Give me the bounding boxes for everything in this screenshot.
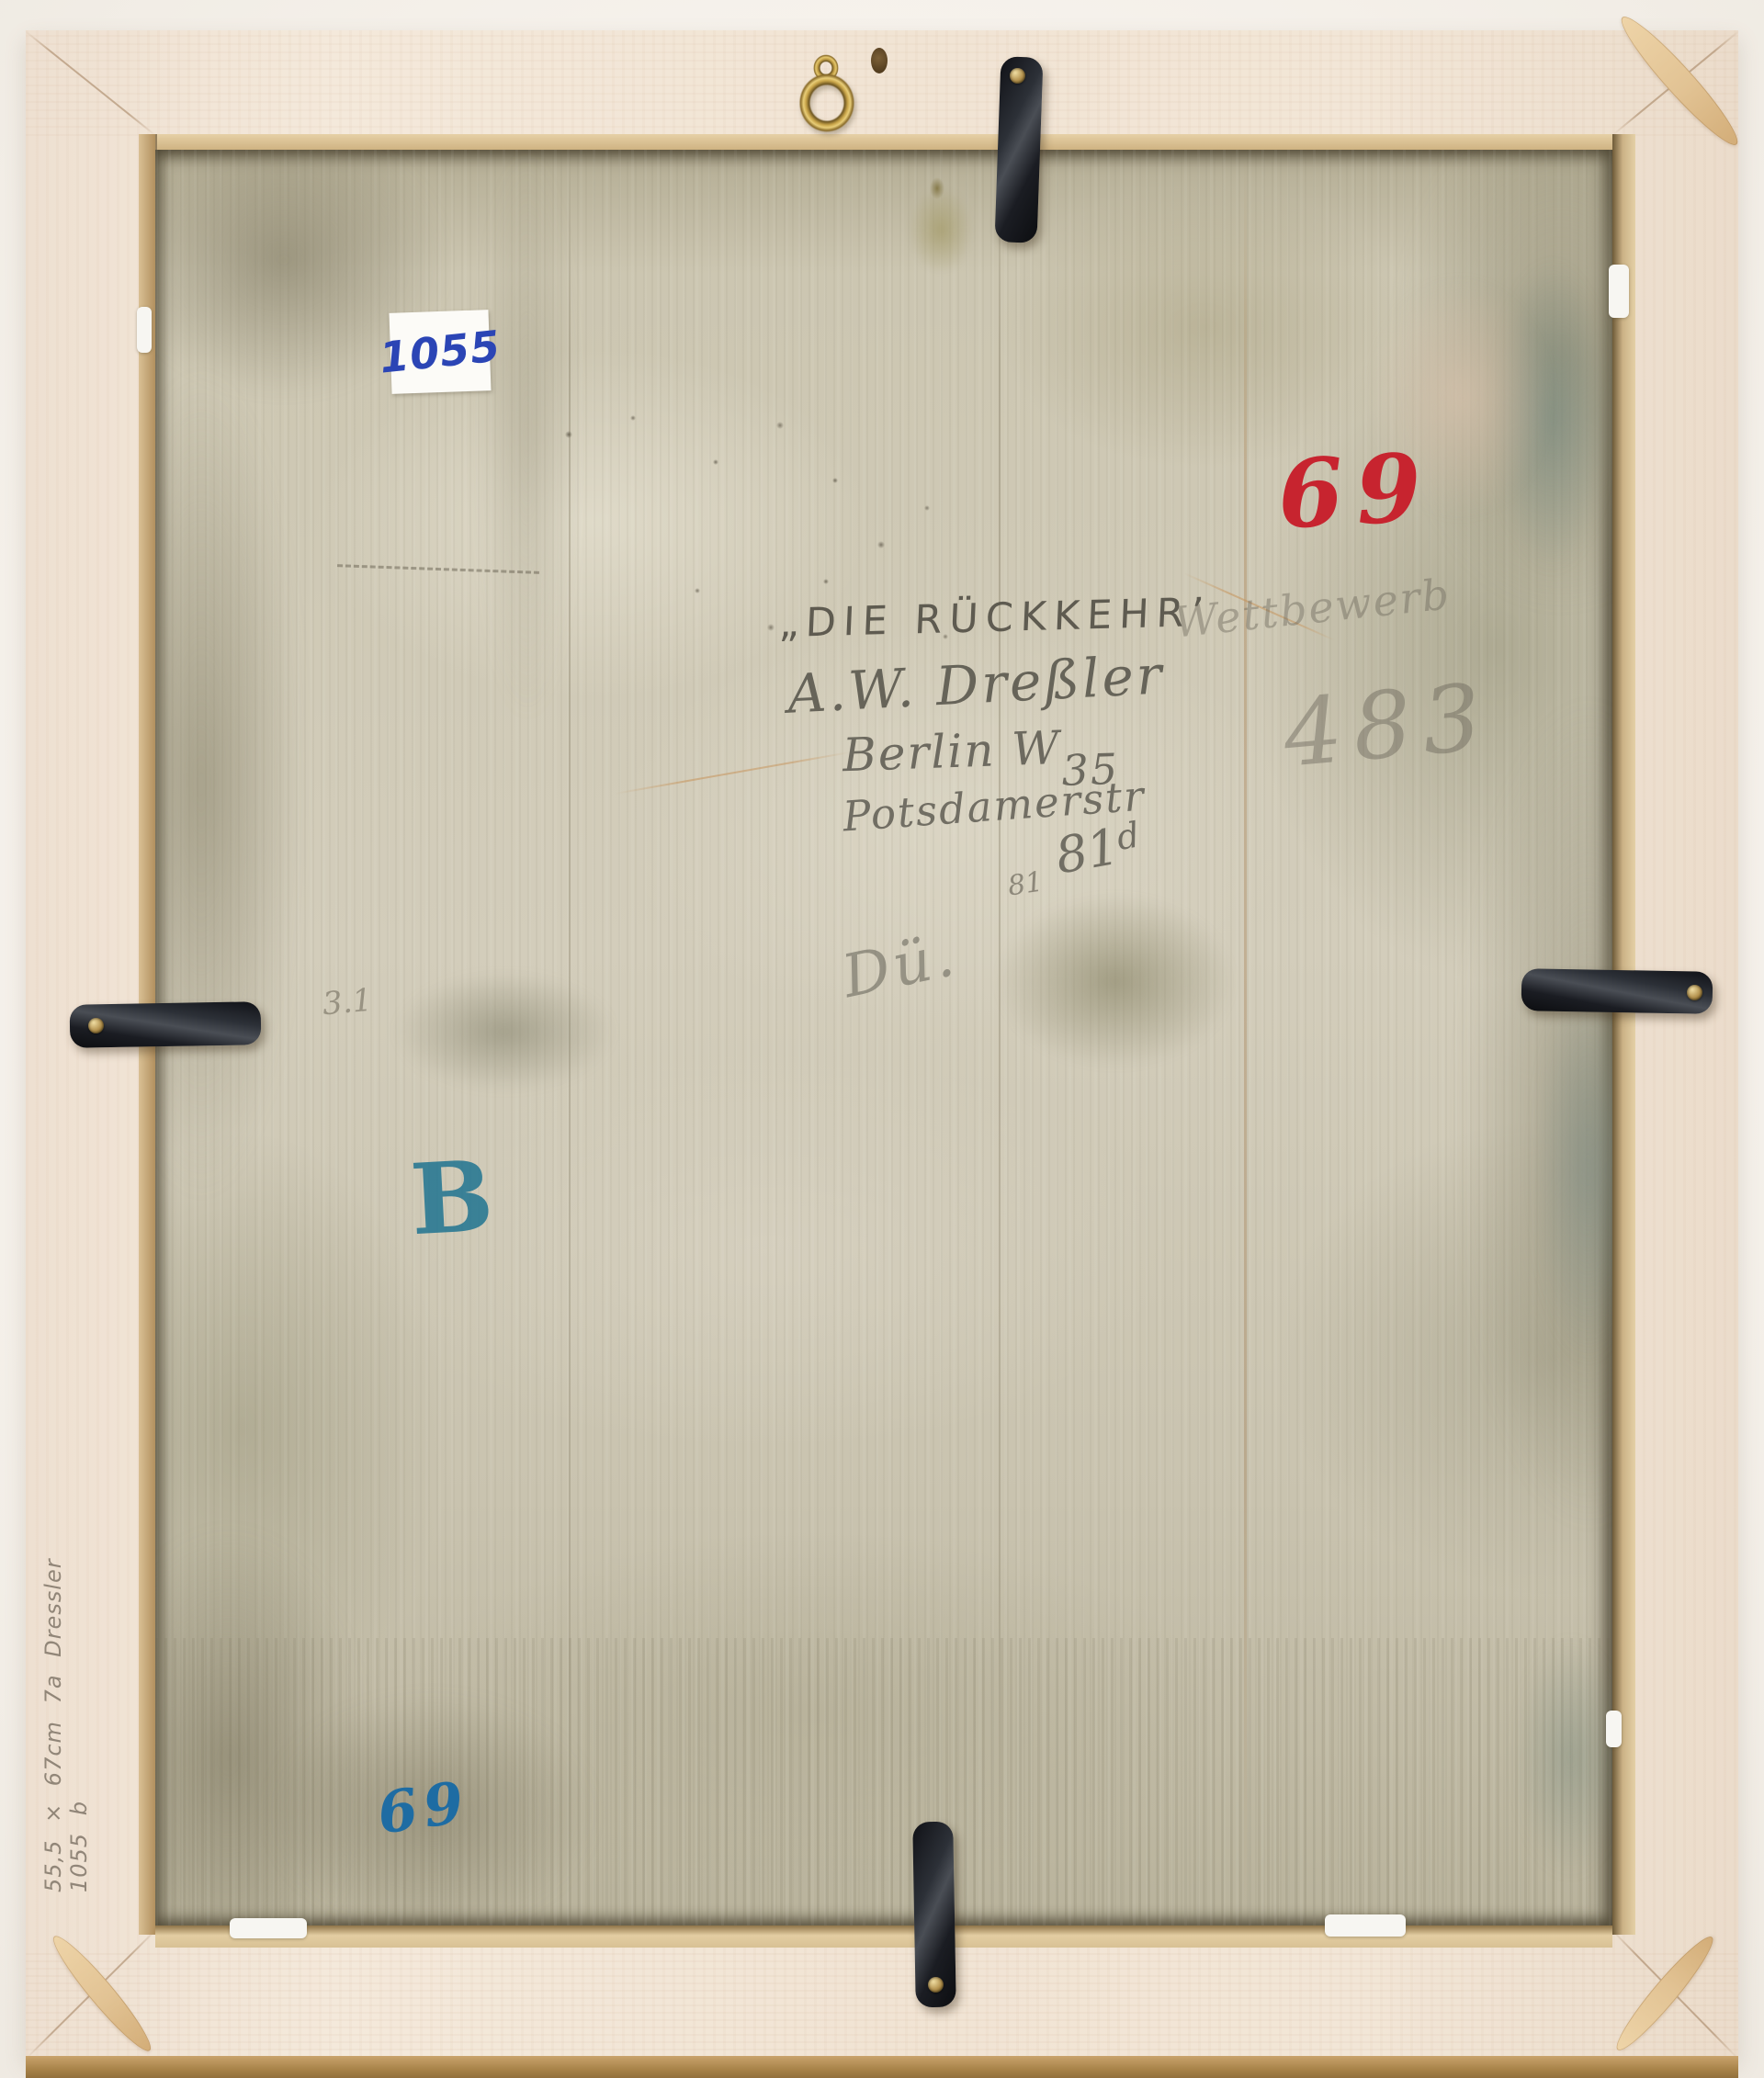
frame-bottom-edge — [26, 2056, 1738, 2078]
inventory-label: 1055 — [389, 310, 491, 394]
street-number-digits: 81 — [1051, 818, 1124, 886]
clip-screw-right — [1687, 985, 1702, 1000]
faint-mark-left: 3.1 — [321, 982, 373, 1023]
blue-crayon-number: 69 — [373, 1767, 473, 1846]
drip-stain — [909, 186, 973, 274]
board-seam — [1244, 150, 1247, 1926]
blue-stencil-letter: B — [408, 1138, 496, 1258]
retaining-clip-right — [1521, 968, 1713, 1014]
wood-knot — [871, 48, 888, 73]
foam-spacer — [1606, 1711, 1622, 1747]
faint-mark-center: 81 — [1006, 866, 1046, 903]
inscription-city: Berlin W35 — [842, 719, 1119, 782]
inventory-label-number: 1055 — [378, 321, 503, 383]
red-inventory-number: 69 — [1275, 433, 1437, 551]
erased-smudge — [394, 972, 615, 1091]
clip-screw-top — [1010, 68, 1025, 84]
foam-spacer — [1325, 1914, 1406, 1937]
retaining-clip-top — [994, 56, 1043, 243]
faint-inscription-number: 483 — [1279, 662, 1496, 787]
frame-grain-top — [26, 30, 1738, 136]
frame-grain-bottom — [26, 1948, 1738, 2058]
foam-spacer — [230, 1918, 307, 1938]
frame-edge-inscription: 55,5 × 67cm 7a Dressler 1055 b — [40, 1527, 79, 1892]
erased-smudge — [996, 894, 1235, 1068]
inscription-city-text: Berlin W — [842, 721, 1062, 782]
painting-panel-back: 1055 69 „DIE RÜCKKEHR’ A.W. Dreßler Berl… — [155, 150, 1612, 1926]
rabbet-lip-right — [1612, 134, 1635, 1935]
foam-spacer — [137, 307, 152, 353]
clip-screw-left — [88, 1018, 104, 1033]
clip-screw-bottom — [928, 1977, 944, 1993]
photo-verso-scene: 1055 69 „DIE RÜCKKEHR’ A.W. Dreßler Berl… — [0, 0, 1764, 2078]
drip-stain — [930, 177, 944, 199]
hanging-ring-icon — [796, 70, 858, 136]
foam-spacer — [1609, 265, 1629, 318]
